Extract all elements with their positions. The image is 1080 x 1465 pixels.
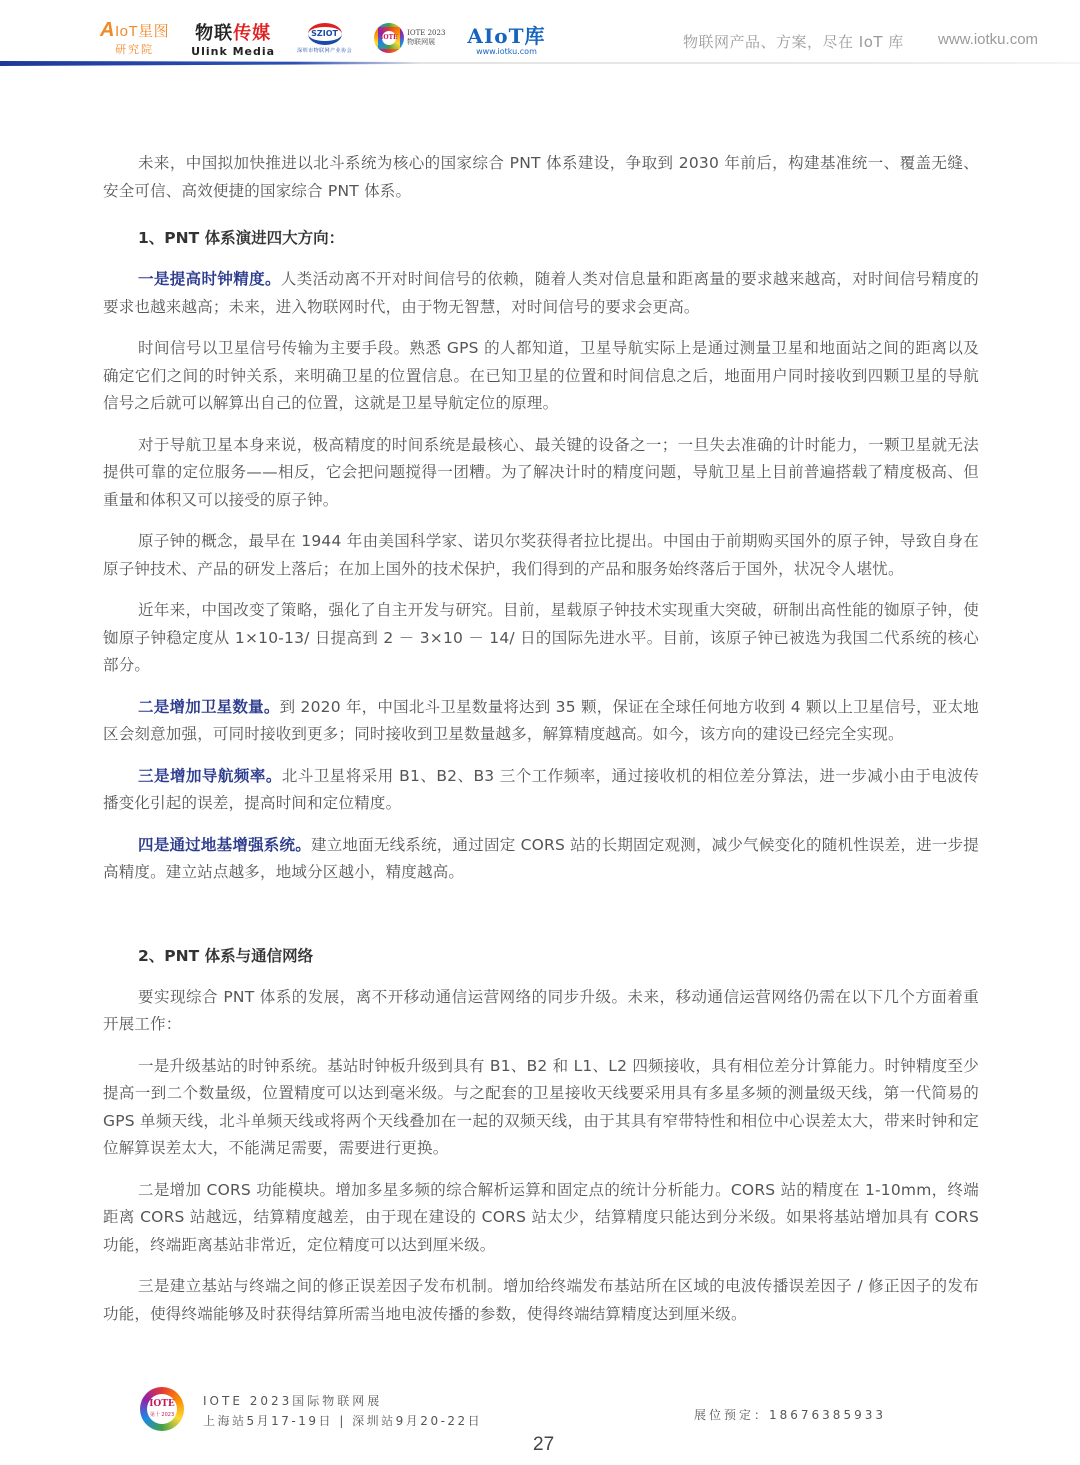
ulink-media-logo: 物联传媒 Ulink Media [191, 19, 275, 58]
section1-paragraph-2: 时间信号以卫星信号传输为主要手段。熟悉 GPS 的人都知道，卫星导航实际上是通过… [103, 335, 979, 418]
page-number: 27 [533, 1434, 554, 1456]
page-header: AIoT星图 研究院 物联传媒 Ulink Media SZIOT 深圳市物联网… [0, 0, 1080, 72]
highlight-phrase: 二是增加卫星数量。 [138, 698, 280, 716]
section1-paragraph-3: 对于导航卫星本身来说，极高精度的时间系统是最核心、最关键的设备之一；一旦失去准确… [103, 432, 979, 515]
event-title: IOTE 2023国际物联网展 [203, 1392, 382, 1409]
event-dates: 上海站5月17-19日 | 深圳站9月20-22日 [203, 1412, 482, 1429]
iote-footer-logo-icon: IOTE 第十 2023 [140, 1387, 184, 1431]
page-footer: IOTE 第十 2023 IOTE 2023国际物联网展 上海站5月17-19日… [0, 1380, 1080, 1465]
section1-heading: 1、PNT 体系演进四大方向： [103, 225, 979, 252]
article-body: 未来，中国拟加快推进以北斗系统为核心的国家综合 PNT 体系建设，争取到 203… [103, 150, 979, 1328]
header-slogan: 物联网产品、方案，尽在 IoT 库 [683, 31, 904, 52]
highlight-phrase: 四是通过地基增强系统。 [138, 836, 311, 854]
header-url[interactable]: www.iotku.com [938, 31, 1038, 48]
partner-logos: AIoT星图 研究院 物联传媒 Ulink Media SZIOT 深圳市物联网… [100, 18, 568, 58]
intro-paragraph: 未来，中国拟加快推进以北斗系统为核心的国家综合 PNT 体系建设，争取到 203… [103, 150, 979, 205]
section1-paragraph-7: 三是增加导航频率。北斗卫星将采用 B1、B2、B3 三个工作频率，通过接收机的相… [103, 763, 979, 818]
section1-paragraph-5: 近年来，中国改变了策略，强化了自主开发与研究。目前，星载原子钟技术实现重大突破，… [103, 597, 979, 680]
highlight-phrase: 三是增加导航频率。 [138, 767, 282, 785]
section1-paragraph-4: 原子钟的概念，最早在 1944 年由美国科学家、诺贝尔奖获得者拉比提出。中国由于… [103, 528, 979, 583]
section2-paragraph-2: 一是升级基站的时钟系统。基站时钟板升级到具有 B1、B2 和 L1、L2 四频接… [103, 1053, 979, 1163]
section1-paragraph-8: 四是通过地基增强系统。建立地面无线系统，通过固定 CORS 站的长期固定观测，减… [103, 832, 979, 887]
section2-paragraph-1: 要实现综合 PNT 体系的发展，离不开移动通信运营网络的同步升级。未来，移动通信… [103, 984, 979, 1039]
aiot-research-logo: AIoT星图 研究院 [100, 19, 169, 57]
iote-logo: IOTE IOTE 2023 物联网展 [374, 23, 445, 53]
section2-paragraph-4: 三是建立基站与终端之间的修正误差因子发布机制。增加给终端发布基站所在区域的电波传… [103, 1273, 979, 1328]
iotku-logo: AIoT库 www.iotku.com [467, 20, 545, 56]
section2-heading: 2、PNT 体系与通信网络 [103, 943, 979, 970]
booking-contact: 展位预定：18676385933 [694, 1406, 886, 1423]
sziot-logo: SZIOT 深圳市物联网产业协会 [297, 23, 352, 54]
iote-ring-icon: IOTE [374, 23, 404, 53]
section1-paragraph-1: 一是提高时钟精度。人类活动离不开对时间信号的依赖，随着人类对信息量和距离量的要求… [103, 266, 979, 321]
section1-paragraph-6: 二是增加卫星数量。到 2020 年，中国北斗卫星数量将达到 35 颗，保证在全球… [103, 694, 979, 749]
highlight-phrase: 一是提高时钟精度。 [138, 270, 281, 288]
section2-paragraph-3: 二是增加 CORS 功能模块。增加多星多频的综合解析运算和固定点的统计分析能力。… [103, 1177, 979, 1260]
